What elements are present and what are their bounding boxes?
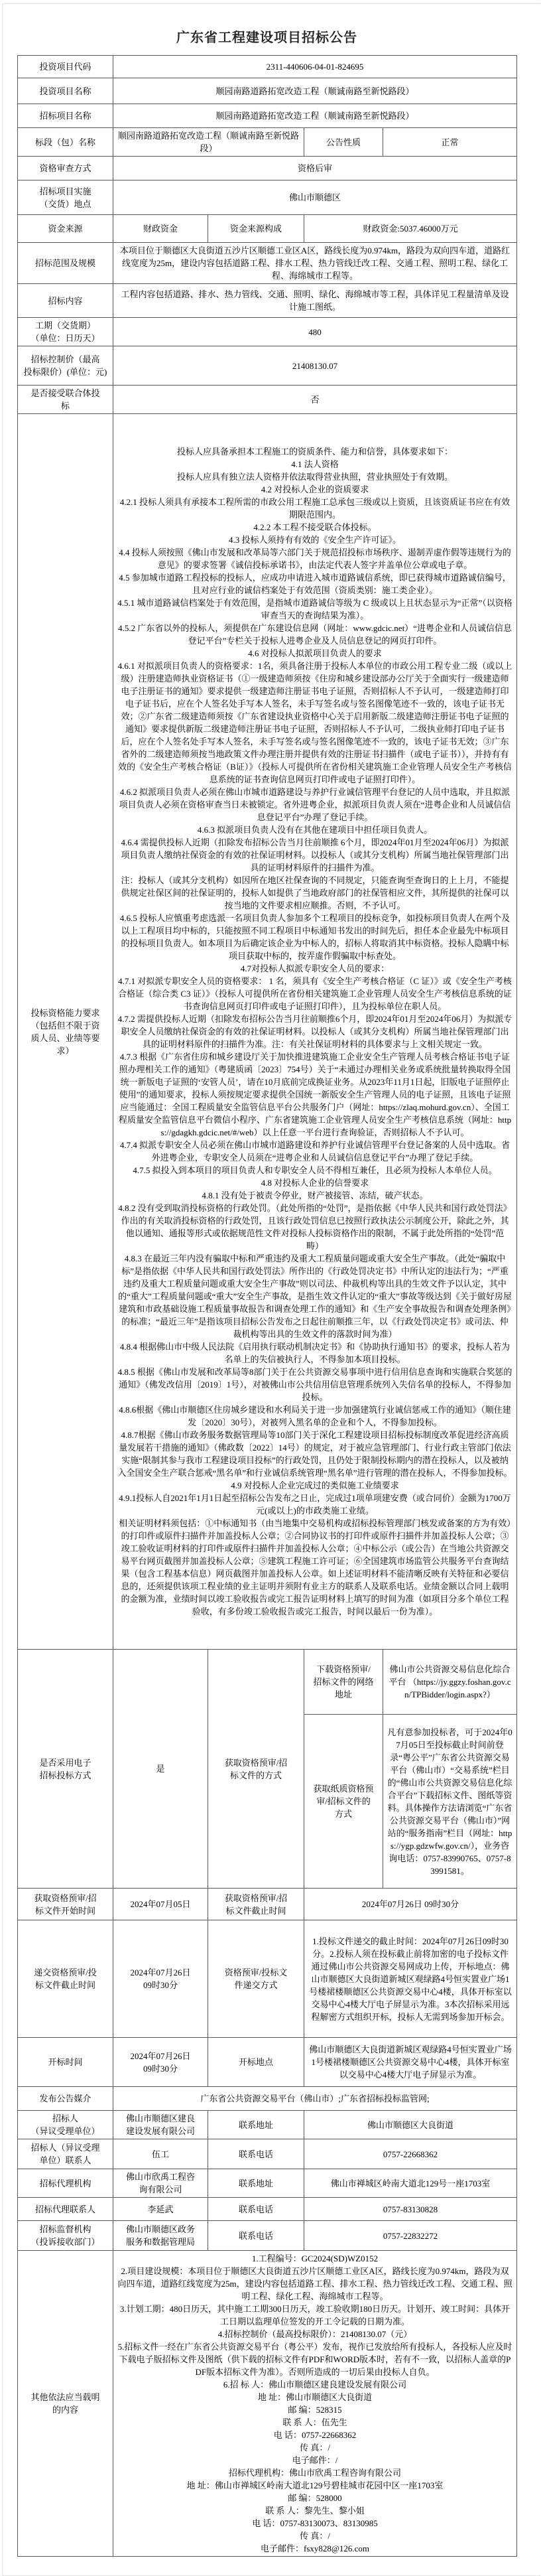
electronic-bidding-label: 是否采用电子 招标投标方式: [18, 1650, 113, 1889]
table-row: 招标项目名称 顺园南路道路拓宽改造工程（顺诚南路至新悦路段）: [18, 104, 517, 128]
paper-method-label: 获取纸质资格预 审/招标文件的 方式: [304, 1715, 383, 1889]
electronic-bidding-value: 是: [113, 1650, 208, 1889]
funding-label: 资金来源: [18, 215, 113, 243]
tenderer-phone-label: 联系电话: [208, 2139, 304, 2169]
implementation-place-label: 招标项目实施 （交货）地点: [18, 180, 113, 215]
scope-scale-value: 本项目位于顺德区大良街道五沙片区顺德工业区A区，路线长度为0.974km，路段为…: [113, 243, 517, 284]
section-package-value: 顺园南路道路拓宽改造工程（顺诚南路至新悦路段）: [113, 128, 304, 157]
control-price-value: 21408130.07: [113, 346, 517, 386]
tenderer-phone-value: 0757-22668362: [304, 2139, 517, 2169]
agency-phone-label: 联系电话: [208, 2198, 304, 2221]
table-row: 投资项目名称 顺园南路道路拓宽改造工程（顺诚南路至新悦路段）: [18, 78, 517, 104]
page-title: 广东省工程建设项目招标公告: [17, 27, 516, 46]
announcement-table: 投资项目代码 2311-440606-04-01-824695 投资项目名称 顺…: [17, 55, 517, 2557]
qualification-requirements-label: 投标资格能力要求 （包括但不限于资 质人员、业绩等要 求）: [18, 414, 113, 1650]
obtain-end-label: 获取资格预审/招 标文件截止时间: [208, 1889, 304, 1920]
obtain-method-label: 获取资格预审/招 标文件的方式: [208, 1650, 304, 1889]
submission-method-label: 资格预审/投标文 件递交方式: [208, 1920, 304, 2038]
supervision-label: 招标监督机构 （投诉接收部门）: [18, 2221, 113, 2251]
table-row: 资金来源 财政资金 资金来源构成 财政资金:5037.46000万元: [18, 215, 517, 243]
qualification-review-value: 资格后审: [113, 157, 517, 180]
bid-opening-place-label: 开标地点: [208, 2038, 304, 2087]
joint-venture-value: 否: [113, 386, 517, 414]
agency-address-label: 联系地址: [208, 2169, 304, 2198]
invest-project-name-value: 顺园南路道路拓宽改造工程（顺诚南路至新悦路段）: [113, 78, 517, 104]
submission-method-value: 1.投标文件递交的截止时间：2024年07月26日09时30分。2.投标人须在投…: [304, 1920, 517, 2038]
download-url-label: 下载资格预审/ 招标文件的网络 地址: [304, 1650, 383, 1715]
agency-value: 佛山市欣禹工程咨 询有限公司: [113, 2169, 208, 2198]
table-row: 其他依法应当载明 的内容 1.工程编号：GC2024(SD)WZ0152 2.项…: [18, 2251, 517, 2557]
tenderer-contact-label: 招标人（异议受理 单位）联系人: [18, 2139, 113, 2169]
tenderer-contact-value: 伍工: [113, 2139, 208, 2169]
other-content-value: 1.工程编号：GC2024(SD)WZ0152 2.项目建设规模：本项目位于顺德…: [113, 2251, 517, 2557]
table-row: 招标人 （异议受理单位） 佛山市顺德区建良 建设发展有限公司 联系地址 佛山市顺…: [18, 2111, 517, 2139]
download-url-value: 佛山市公共资源交易信息化综合平台 （https://jy.ggzy.foshan…: [383, 1650, 517, 1715]
table-row: 招标控制价（最高 投标限价）(单位：元) 21408130.07: [18, 346, 517, 386]
duration-label: 工期（交货期） （单位：日历天）: [18, 318, 113, 346]
table-row: 递交资格预审/投 标文件截止时间 2024年07月26日 09时30分 资格预审…: [18, 1920, 517, 2038]
scope-scale-label: 招标范围及规模: [18, 243, 113, 284]
table-row: 发布公告媒介 广东省公共资源交易平台（佛山市）;广东省招标投标监管网;: [18, 2087, 517, 2111]
implementation-place-value: 佛山市顺德区: [113, 180, 517, 215]
funding-value: 财政资金: [113, 215, 208, 243]
project-code-label: 投资项目代码: [18, 56, 113, 78]
table-row: 资格审查方式 资格后审: [18, 157, 517, 180]
agency-phone-value: 0757-83130828: [304, 2198, 517, 2221]
table-row: 招标项目实施 （交货）地点 佛山市顺德区: [18, 180, 517, 215]
tender-content-label: 招标内容: [18, 284, 113, 318]
obtain-start-label: 获取资格预审/招 标文件开始时间: [18, 1889, 113, 1920]
paper-method-value: 凡有意参加投标者，可于2024年07月05日至投标截止时间前登录“粤公平”广东省…: [383, 1715, 517, 1889]
table-row: 招标监督机构 （投诉接收部门） 佛山市顺德区政务 服务和数据管理局 联系电话 0…: [18, 2221, 517, 2251]
agency-address-value: 佛山市禅城区岭南大道北129号一座1703室: [304, 2169, 517, 2198]
table-row: 是否接受联合体投 标 否: [18, 386, 517, 414]
bid-opening-place-value: 佛山市顺德区大良街道新城区观绿路4号恒实置业广场1号楼裙楼顺德区公共资源交易中心…: [304, 2038, 517, 2087]
supervision-value: 佛山市顺德区政务 服务和数据管理局: [113, 2221, 208, 2251]
tenderer-label: 招标人 （异议受理单位）: [18, 2111, 113, 2139]
table-row: 是否采用电子 招标投标方式 是 获取资格预审/招 标文件的方式 下载资格预审/ …: [18, 1650, 517, 1715]
invest-project-name-label: 投资项目名称: [18, 78, 113, 104]
announcement-media-label: 发布公告媒介: [18, 2087, 113, 2111]
agency-contact-label: 招标代理联系人: [18, 2198, 113, 2221]
tender-project-name-value: 顺园南路道路拓宽改造工程（顺诚南路至新悦路段）: [113, 104, 517, 128]
table-row: 招标范围及规模 本项目位于顺德区大良街道五沙片区顺德工业区A区，路线长度为0.9…: [18, 243, 517, 284]
other-content-label: 其他依法应当载明 的内容: [18, 2251, 113, 2557]
tenderer-address-value: 佛山市顺德区大良街道: [304, 2111, 517, 2139]
table-row: 招标人（异议受理 单位）联系人 伍工 联系电话 0757-22668362: [18, 2139, 517, 2169]
project-code-value: 2311-440606-04-01-824695: [113, 56, 517, 78]
agency-label: 招标代理机构: [18, 2169, 113, 2198]
qualification-requirements-value: 投标人应具备承担本工程施工的资质条件、能力和信誉，具体要求如下： 4.1 法人资…: [113, 414, 517, 1650]
table-row: 招标内容 工程内容包括道路、排水、热力管线、交通、照明、绿化、海绵城市等工程，具…: [18, 284, 517, 318]
agency-contact-value: 李延武: [113, 2198, 208, 2221]
control-price-label: 招标控制价（最高 投标限价）(单位：元): [18, 346, 113, 386]
table-row: 获取资格预审/招 标文件开始时间 2024年07月05日 获取资格预审/招 标文…: [18, 1889, 517, 1920]
bid-opening-time-value: 2024年07月26日 09时30分: [113, 2038, 208, 2087]
notice-nature-label: 公告性质: [304, 128, 383, 157]
table-row: 投标资格能力要求 （包括但不限于资 质人员、业绩等要 求） 投标人应具备承担本工…: [18, 414, 517, 1650]
qualification-review-label: 资格审查方式: [18, 157, 113, 180]
table-row: 招标代理联系人 李延武 联系电话 0757-83130828: [18, 2198, 517, 2221]
funding-composition-value: 财政资金:5037.46000万元: [304, 215, 517, 243]
tender-content-value: 工程内容包括道路、排水、热力管线、交通、照明、绿化、海绵城市等工程，具体详见工程…: [113, 284, 517, 318]
section-package-label: 标段（包）名称: [18, 128, 113, 157]
announcement-page: 广东省工程建设项目招标公告 投资项目代码 2311-440606-04-01-8…: [2, 3, 540, 2576]
table-row: 标段（包）名称 顺园南路道路拓宽改造工程（顺诚南路至新悦路段） 公告性质 正常: [18, 128, 517, 157]
funding-composition-label: 资金来源构成: [208, 215, 304, 243]
submission-deadline-value: 2024年07月26日 09时30分: [113, 1920, 208, 2038]
announcement-media-value: 广东省公共资源交易平台（佛山市）;广东省招标投标监管网;: [113, 2087, 517, 2111]
supervision-phone-value: 0757-22832272: [304, 2221, 517, 2251]
joint-venture-label: 是否接受联合体投 标: [18, 386, 113, 414]
bid-opening-time-label: 开标时间: [18, 2038, 113, 2087]
tenderer-value: 佛山市顺德区建良 建设发展有限公司: [113, 2111, 208, 2139]
notice-nature-value: 正常: [383, 128, 517, 157]
table-row: 工期（交货期） （单位：日历天） 480: [18, 318, 517, 346]
table-row: 招标代理机构 佛山市欣禹工程咨 询有限公司 联系地址 佛山市禅城区岭南大道北12…: [18, 2169, 517, 2198]
table-row: 投资项目代码 2311-440606-04-01-824695: [18, 56, 517, 78]
obtain-end-value: 2024年07月26日 09时30分: [304, 1889, 517, 1920]
tender-project-name-label: 招标项目名称: [18, 104, 113, 128]
table-row: 开标时间 2024年07月26日 09时30分 开标地点 佛山市顺德区大良街道新…: [18, 2038, 517, 2087]
tenderer-address-label: 联系地址: [208, 2111, 304, 2139]
submission-deadline-label: 递交资格预审/投 标文件截止时间: [18, 1920, 113, 2038]
obtain-start-value: 2024年07月05日: [113, 1889, 208, 1920]
supervision-phone-label: 联系电话: [208, 2221, 304, 2251]
duration-value: 480: [113, 318, 517, 346]
